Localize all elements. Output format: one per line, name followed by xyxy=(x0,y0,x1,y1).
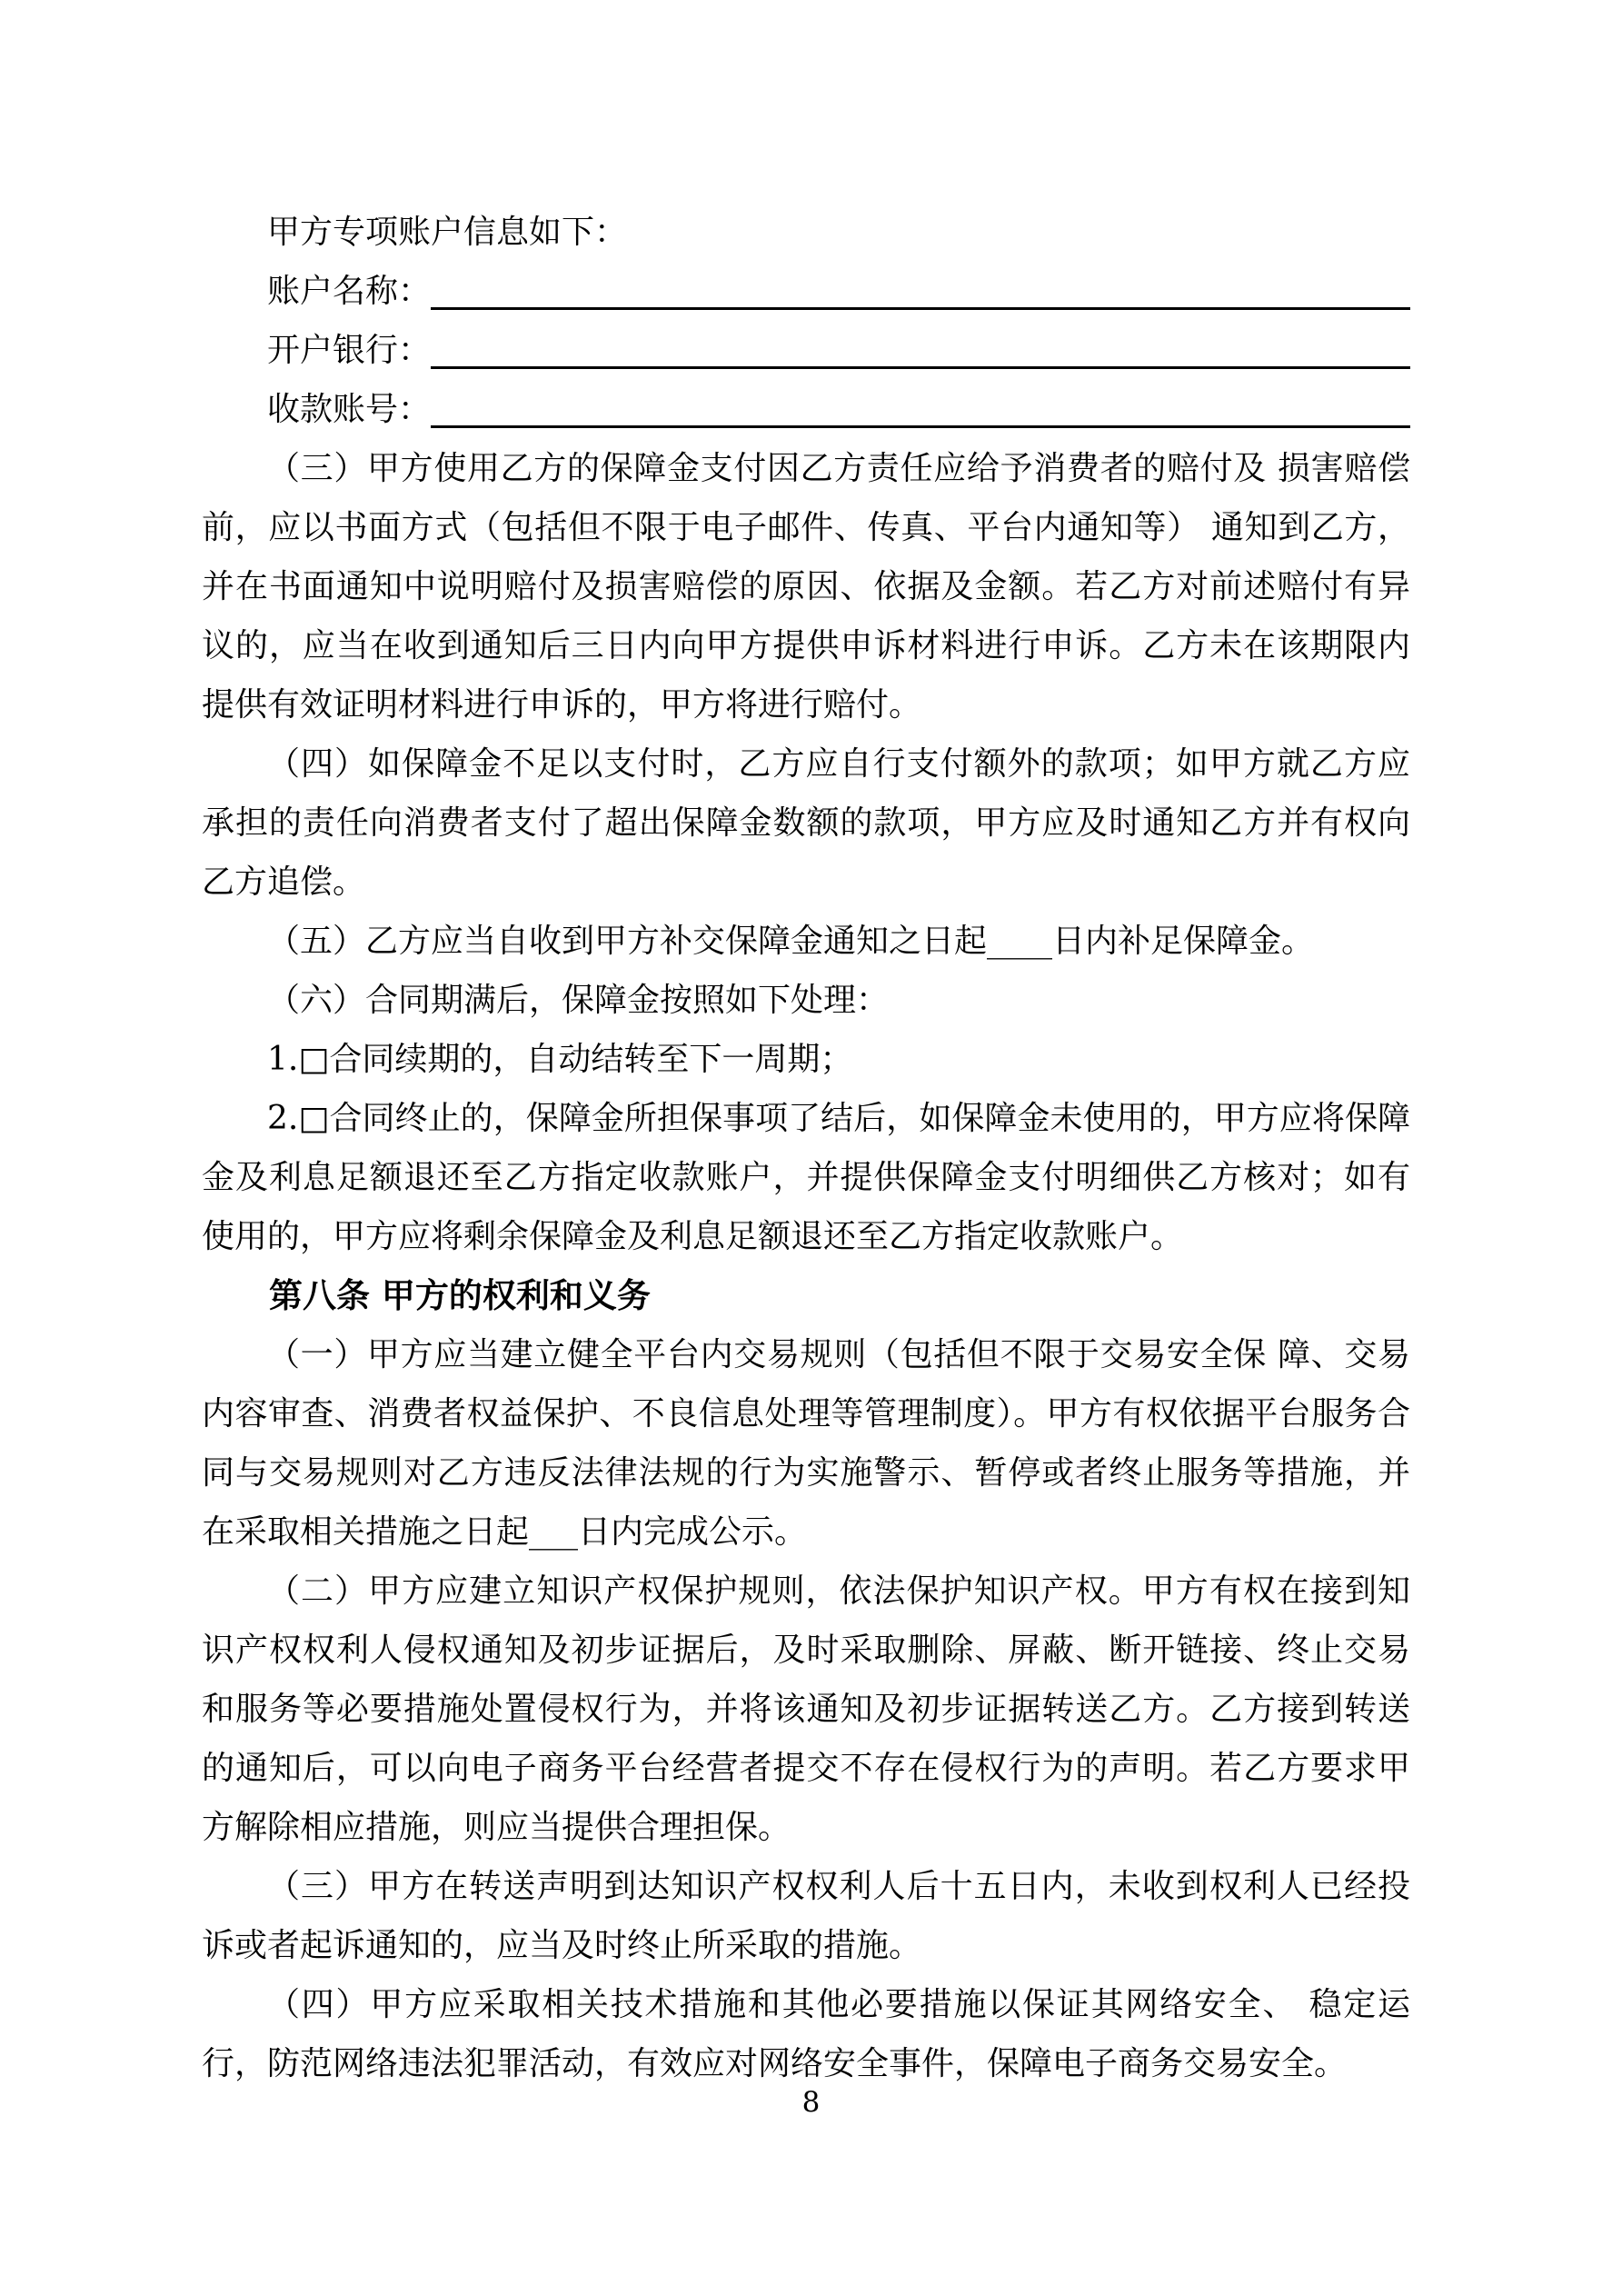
bank-name-row: 开户银行： xyxy=(202,321,1410,380)
account-name-blank-line xyxy=(431,262,1410,310)
article-8-clause-4: （四）甲方应采取相关技术措施和其他必要措施以保证其网络安全、 稳定运行，防范网络… xyxy=(202,1975,1410,2093)
account-number-blank-line xyxy=(431,380,1410,428)
article-8-heading: 第八条 甲方的权利和义务 xyxy=(202,1266,1410,1325)
bank-name-label: 开户银行： xyxy=(267,321,431,380)
deposit-clause-5: （五）乙方应当自收到甲方补交保障金通知之日起____日内补足保障金。 xyxy=(202,912,1410,971)
deposit-clause-3: （三）甲方使用乙方的保障金支付因乙方责任应给予消费者的赔付及 损害赔偿前，应以书… xyxy=(202,439,1410,734)
account-number-row: 收款账号： xyxy=(202,380,1410,439)
page-footer: 8 xyxy=(0,2084,1622,2121)
contract-body: 甲方专项账户信息如下： 账户名称： 开户银行： 收款账号： （三）甲方使用乙方的… xyxy=(202,203,1410,2093)
account-name-row: 账户名称： xyxy=(202,262,1410,321)
article-8-clause-2: （二）甲方应建立知识产权保护规则，依法保护知识产权。甲方有权在接到知识产权权利人… xyxy=(202,1562,1410,1857)
deposit-clause-6: （六）合同期满后，保障金按照如下处理： xyxy=(202,971,1410,1030)
contract-page: 甲方专项账户信息如下： 账户名称： 开户银行： 收款账号： （三）甲方使用乙方的… xyxy=(0,0,1622,2296)
account-name-label: 账户名称： xyxy=(267,262,431,321)
deposit-option-renewal: 1.□合同续期的，自动结转至下一周期； xyxy=(202,1030,1410,1089)
account-number-label: 收款账号： xyxy=(267,380,431,439)
article-8-clause-1: （一）甲方应当建立健全平台内交易规则（包括但不限于交易安全保 障、交易内容审查、… xyxy=(202,1325,1410,1562)
deposit-clause-4: （四）如保障金不足以支付时，乙方应自行支付额外的款项；如甲方就乙方应承担的责任向… xyxy=(202,734,1410,912)
bank-name-blank-line xyxy=(431,321,1410,369)
article-8-clause-3: （三）甲方在转送声明到达知识产权权利人后十五日内，未收到权利人已经投诉或者起诉通… xyxy=(202,1857,1410,1975)
special-account-intro: 甲方专项账户信息如下： xyxy=(202,203,1410,262)
deposit-option-termination: 2.□合同终止的，保障金所担保事项了结后，如保障金未使用的，甲方应将保障金及利息… xyxy=(202,1089,1410,1266)
page-number: 8 xyxy=(802,2086,821,2119)
